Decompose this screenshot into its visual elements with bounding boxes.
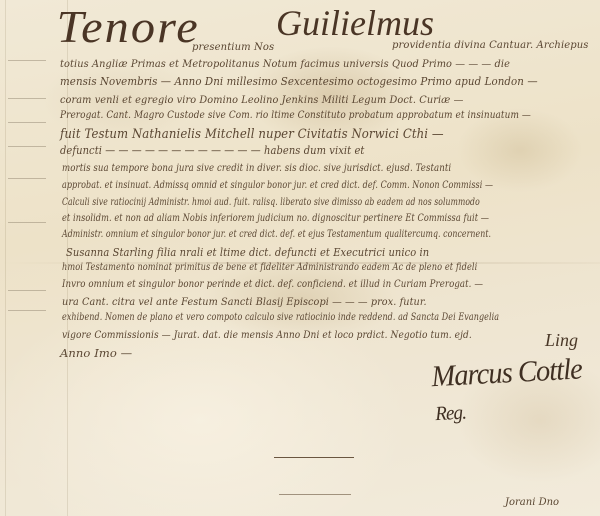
manuscript-line: exhibend. Nomen de plano et vero compoto…	[62, 312, 499, 323]
manuscript-line: Administr. omnium et singulor bonor jur.…	[62, 229, 491, 240]
manuscript-line: Anno Imo —	[60, 346, 132, 360]
heading-initial-word: Tenore	[57, 0, 200, 53]
manuscript-line: mortis sua tempore bona jura sive credit…	[62, 163, 451, 174]
manuscript-line: coram venli et egregio viro Domino Leoli…	[60, 94, 463, 106]
signature-name: Marcus Cottle	[431, 352, 583, 393]
manuscript-line: Susanna Starling filia nrali et ltime di…	[66, 245, 429, 259]
manuscript-line: fuit Testum Nathanielis Mitchell nuper C…	[60, 127, 444, 142]
margin-ruling	[8, 310, 46, 311]
ink-stroke	[274, 457, 354, 458]
margin-ruling	[8, 60, 46, 61]
manuscript-page: Tenore presentium Nos Guilielmus provide…	[0, 0, 600, 516]
footer-note: Jorani Dno	[505, 497, 559, 508]
manuscript-line: Calculi sive ratiocinij Administr. hmoi …	[62, 197, 480, 208]
heading-after-initial: presentium Nos	[192, 42, 274, 53]
heading-after-name: providentia divina Cantuar. Archiepus	[392, 40, 589, 51]
left-edge-crease	[5, 0, 6, 516]
manuscript-line: mensis Novembris — Anno Dni millesimo Se…	[60, 75, 538, 88]
manuscript-line: hmoi Testamento nominat primitus de bene…	[62, 262, 477, 273]
margin-ruling	[8, 178, 46, 179]
signature-mark: Reg.	[435, 402, 467, 426]
manuscript-line: Invro omnium et singulor bonor perinde e…	[62, 279, 483, 290]
margin-ruling	[8, 146, 46, 147]
manuscript-line: vigore Commissionis — Jurat. dat. die me…	[62, 329, 472, 341]
signature-flourish: Ling	[545, 330, 578, 351]
manuscript-line: approbat. et insinuat. Admissq omnid et …	[62, 180, 493, 191]
manuscript-line: Prerogat. Cant. Magro Custode sive Com. …	[60, 110, 531, 121]
manuscript-line: et insolidm. et non ad aliam Nobis infer…	[62, 213, 489, 224]
ink-stroke	[279, 494, 351, 495]
heading-name: Guilielmus	[276, 2, 434, 44]
manuscript-line: ura Cant. citra vel ante Festum Sancti B…	[62, 296, 427, 308]
margin-ruling	[8, 222, 46, 223]
margin-ruling	[8, 122, 46, 123]
manuscript-line: defuncti — — — — — — — — — — — — habens …	[60, 144, 364, 157]
margin-ruling	[8, 290, 46, 291]
registrar-signature: Marcus Cottle Reg.	[431, 352, 598, 428]
manuscript-line: totius Angliæ Primas et Metropolitanus N…	[60, 58, 510, 70]
margin-ruling	[8, 98, 46, 99]
